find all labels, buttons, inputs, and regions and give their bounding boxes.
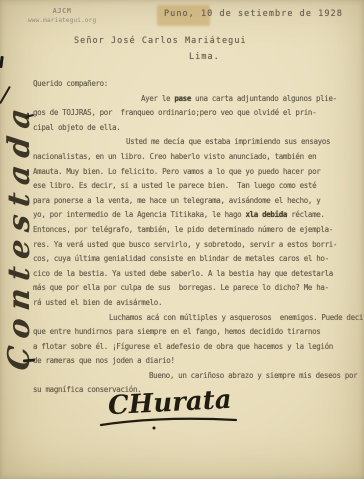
recipient-name: Señor José Carlos Mariátegui: [74, 36, 247, 46]
archive-watermark: AJCM www.mariategui.org: [16, 7, 108, 25]
letter-line: más que por ella por culpa de sus borreg…: [33, 281, 353, 296]
letter-line: Usted me decía que estaba imprimiendo su…: [33, 135, 353, 150]
letter-line: que entre hundirnos para siempre en el f…: [33, 325, 353, 340]
letter-scan-page: AJCM www.mariategui.org Puno, 10 de seti…: [0, 0, 364, 479]
watermark-acronym: AJCM: [16, 7, 108, 15]
dateline: Puno, 10 de setiembre de 1928: [164, 9, 343, 19]
margin-annotation-handwritten: Contestada: [2, 92, 36, 372]
letter-line: cos, cuya última genialidad consiste en …: [33, 252, 353, 267]
letter-line: Bueno, un cariñoso abrazo y siempre mis …: [33, 369, 353, 384]
signature-underline: [98, 413, 240, 431]
watermark-url: www.mariategui.org: [16, 17, 108, 25]
salutation: Querido compañero:: [33, 77, 353, 92]
letter-line: para ponerse a la venta, me hace un tele…: [33, 194, 353, 209]
letter-line: cico de la bestia. Ya usted debe saberlo…: [33, 267, 353, 282]
letter-line: Luchamos acá con múltiples y asquerosos …: [33, 311, 353, 326]
letter-line: rá usted el bien de avisármelo.: [33, 296, 353, 311]
letter-line: nacionalistas, en un libro. Creo haberlo…: [33, 150, 353, 165]
letter-line: res. Ya verá usted que busco servirlo, y…: [33, 238, 353, 253]
letter-line: a flotar sobre él. ¡Fígurese el adefesio…: [33, 340, 353, 355]
letter-paragraphs: Ayer le pase una carta adjuntando alguno…: [33, 92, 353, 398]
letter-line: de rameras que nos joden a diario!: [33, 354, 353, 369]
letter-line: cipal objeto de ella.: [33, 121, 353, 136]
recipient-city: Lima.: [189, 52, 220, 62]
letter-line: Amauta. Muy bien. Lo felicito. Pero vamo…: [33, 165, 353, 180]
letter-line: gos de TOJJRAS, por franqueo ordinario;p…: [33, 106, 353, 121]
letter-body: Querido compañero: Ayer le pase una cart…: [33, 77, 353, 398]
scan-edge-mark: [0, 56, 4, 68]
letter-line: yo, por intermedio de la Agencia Titikak…: [33, 208, 353, 223]
letter-line: Entonces, por telégrafo, también, le pid…: [33, 223, 353, 238]
letter-line: Ayer le pase una carta adjuntando alguno…: [33, 92, 353, 107]
letter-line: ese libro. Es decir, si a usted le parec…: [33, 179, 353, 194]
